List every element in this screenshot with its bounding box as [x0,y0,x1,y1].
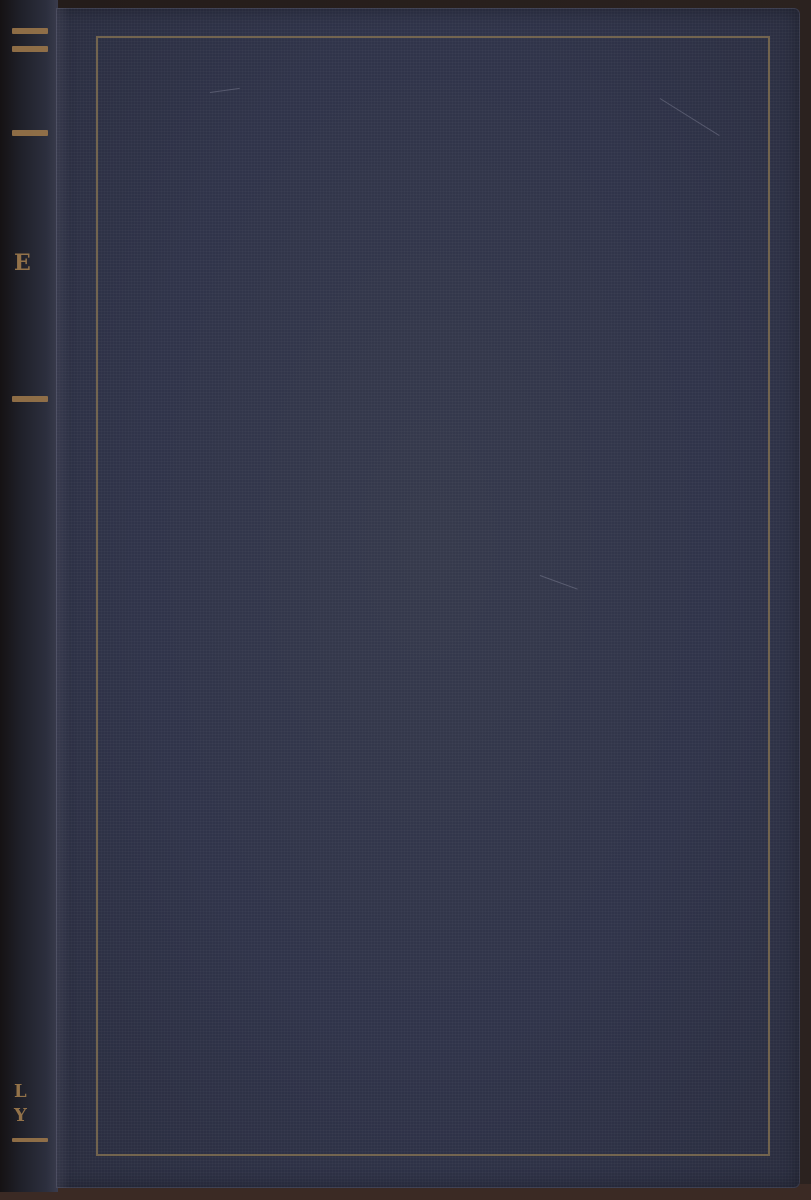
spine-letter: Y [14,1107,27,1125]
spine-letter: L [14,1083,27,1101]
cover-hinge [56,8,70,1188]
spine-gilt-band [12,28,48,34]
spine-gilt-band [12,396,48,402]
spine-gilt-band [12,130,48,136]
gilt-border-frame [96,36,770,1156]
book-spine: E L Y [0,0,58,1192]
spine-gilt-band [12,46,48,52]
spine-gilt-band [12,1138,48,1142]
spine-letter: E [14,252,31,274]
